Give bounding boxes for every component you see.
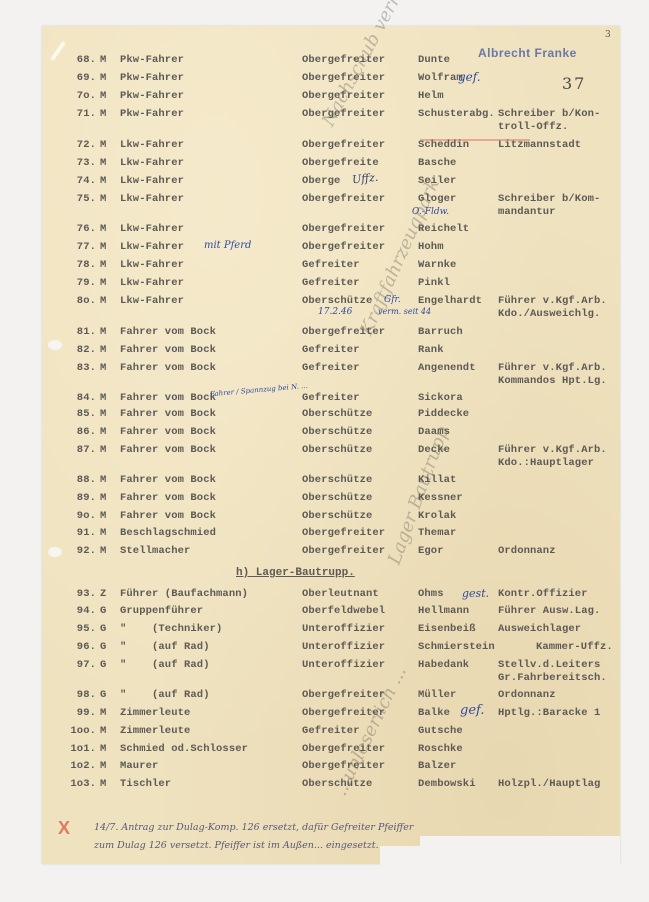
- row-role: Maurer: [120, 760, 158, 772]
- row-category: G: [100, 689, 106, 701]
- row-note: Kammer-Uffz.: [536, 641, 613, 654]
- row-category: M: [100, 444, 106, 456]
- row-rank: Oberschütze: [302, 408, 372, 420]
- row-rank: Oberschütze: [302, 492, 372, 504]
- row-role: Führer (Baufachmann): [120, 588, 248, 600]
- table-row: 87. M Fahrer vom Bock Oberschütze Decke …: [0, 444, 649, 474]
- row-rank: Obergefreiter: [302, 326, 385, 338]
- annotation-engelhardt-missing: verm. seit 44: [378, 307, 431, 316]
- annotation-engelhardt-rank: Gfr.: [384, 295, 401, 305]
- row-rank: Obergefreite: [302, 157, 379, 169]
- row-number: 68.: [60, 54, 96, 66]
- row-rank: Oberfeldwebel: [302, 605, 385, 617]
- row-name: Rank: [418, 344, 444, 356]
- row-number: 73.: [60, 157, 96, 169]
- table-row: 88. M Fahrer vom Bock Oberschütze Killat: [0, 474, 649, 490]
- row-rank: Obergefreiter: [302, 223, 385, 235]
- row-note: Schreiber b/Kom- mandantur: [498, 193, 600, 219]
- row-role: " (auf Rad): [120, 689, 210, 701]
- row-category: M: [100, 72, 106, 84]
- row-role: Lkw-Fahrer: [120, 295, 184, 307]
- row-name: Dembowski: [418, 778, 476, 790]
- row-name: Angenendt: [418, 362, 476, 374]
- table-row: 99. M Zimmerleute Obergefreiter Balke Hp…: [0, 707, 649, 723]
- row-name: Decke: [418, 444, 450, 456]
- row-number: 82.: [60, 344, 96, 356]
- row-category: M: [100, 707, 106, 719]
- row-name: Dunte: [418, 54, 450, 66]
- row-note: Führer v.Kgf.Arb. Kdo.:Hauptlager: [498, 444, 607, 470]
- table-row: 93. Z Führer (Baufachmann) Oberleutnant …: [0, 588, 649, 604]
- page-mark: 3: [605, 30, 611, 40]
- row-number: 85.: [60, 408, 96, 420]
- footnote-line-2: zum Dulag 126 versetzt. Pfeiffer ist im …: [94, 840, 614, 851]
- row-note: Kontr.Offizier: [498, 588, 588, 601]
- table-row: 98. G " (auf Rad) Obergefreiter Müller O…: [0, 689, 649, 705]
- table-row: 73. M Lkw-Fahrer Obergefreite Basche: [0, 157, 649, 173]
- row-rank: Gefreiter: [302, 362, 360, 374]
- row-name: Gloger: [418, 193, 456, 205]
- row-rank: Oberschütze: [302, 426, 372, 438]
- table-row: 95. G " (Techniker) Unteroffizier Eisenb…: [0, 623, 649, 639]
- row-role: Lkw-Fahrer: [120, 193, 184, 205]
- row-category: M: [100, 175, 106, 187]
- row-category: M: [100, 492, 106, 504]
- row-role: " (auf Rad): [120, 659, 210, 671]
- row-number: 72.: [60, 139, 96, 151]
- row-name: Piddecke: [418, 408, 469, 420]
- row-rank: Gefreiter: [302, 392, 360, 404]
- row-category: M: [100, 157, 106, 169]
- row-role: Lkw-Fahrer: [120, 157, 184, 169]
- table-row: 76. M Lkw-Fahrer Obergefreiter Reichelt: [0, 223, 649, 239]
- table-row: 84. M Fahrer vom Bock Gefreiter Sickora: [0, 392, 649, 408]
- row-category: M: [100, 743, 106, 755]
- annotation-gloger: O.-Fldw.: [412, 207, 449, 217]
- annotation-hohm: mit Pferd: [204, 240, 251, 251]
- row-role: Lkw-Fahrer: [120, 223, 184, 235]
- row-name: Ohms: [418, 588, 444, 600]
- annotation-seiler: Uffz.: [351, 171, 379, 187]
- row-name: Egor: [418, 545, 444, 557]
- row-role: Schmied od.Schlosser: [120, 743, 248, 755]
- row-number: 86.: [60, 426, 96, 438]
- row-name: Helm: [418, 90, 444, 102]
- row-category: M: [100, 392, 106, 404]
- row-category: G: [100, 623, 106, 635]
- row-note: Litzmannstadt: [498, 139, 581, 152]
- row-category: M: [100, 295, 106, 307]
- table-row: 68. M Pkw-Fahrer Obergefreiter Dunte: [0, 54, 649, 70]
- row-rank: Obergefreiter: [302, 689, 385, 701]
- table-row: 94. G Gruppenführer Oberfeldwebel Hellma…: [0, 605, 649, 621]
- row-rank: Obergefreiter: [302, 241, 385, 253]
- row-number: 8o.: [60, 295, 96, 307]
- row-role: Fahrer vom Bock: [120, 362, 216, 374]
- row-rank: Oberge: [302, 175, 340, 187]
- table-row: 92. M Stellmacher Obergefreiter Egor Ord…: [0, 545, 649, 561]
- row-number: 9o.: [60, 510, 96, 522]
- row-note: Ordonnanz: [498, 689, 556, 702]
- row-name: Killat: [418, 474, 456, 486]
- table-row: 1oo. M Zimmerleute Gefreiter Gutsche: [0, 725, 649, 741]
- row-number: 1o2.: [60, 760, 96, 772]
- row-number: 87.: [60, 444, 96, 456]
- table-row: 1o2. M Maurer Obergefreiter Balzer: [0, 760, 649, 776]
- row-note: Ausweichlager: [498, 623, 581, 636]
- row-name: Balke: [418, 707, 450, 719]
- row-role: Stellmacher: [120, 545, 190, 557]
- row-note: Führer v.Kgf.Arb. Kdo./Ausweichlg.: [498, 295, 607, 321]
- row-category: Z: [100, 588, 106, 600]
- row-role: Zimmerleute: [120, 725, 190, 737]
- row-number: 93.: [60, 588, 96, 600]
- row-category: M: [100, 277, 106, 289]
- row-category: M: [100, 408, 106, 420]
- row-category: M: [100, 725, 106, 737]
- row-role: " (Techniker): [120, 623, 222, 635]
- row-number: 78.: [60, 259, 96, 271]
- row-note: Führer v.Kgf.Arb. Kommandos Hpt.Lg.: [498, 362, 607, 388]
- table-row: 79. M Lkw-Fahrer Gefreiter Pinkl: [0, 277, 649, 293]
- row-role: Zimmerleute: [120, 707, 190, 719]
- table-row: 71. M Pkw-Fahrer Obergefreiter Schustera…: [0, 108, 649, 138]
- row-role: Lkw-Fahrer: [120, 277, 184, 289]
- row-category: M: [100, 527, 106, 539]
- row-role: Lkw-Fahrer: [120, 175, 184, 187]
- annotation-engelhardt-date: 17.2.46: [318, 307, 352, 317]
- row-category: M: [100, 241, 106, 253]
- row-name: Warnke: [418, 259, 456, 271]
- row-note: Holzpl./Hauptlag: [498, 778, 600, 791]
- table-row: 78. M Lkw-Fahrer Gefreiter Warnke: [0, 259, 649, 275]
- row-rank: Oberleutnant: [302, 588, 379, 600]
- table-row: 91. M Beschlagschmied Obergefreiter Them…: [0, 527, 649, 543]
- row-role: Beschlagschmied: [120, 527, 216, 539]
- row-name: Eisenbeiß: [418, 623, 476, 635]
- row-rank: Oberschütze: [302, 510, 372, 522]
- table-row: 9o. M Fahrer vom Bock Oberschütze Krolak: [0, 510, 649, 526]
- table-row: 69. M Pkw-Fahrer Obergefreiter Wolfram: [0, 72, 649, 88]
- row-role: Lkw-Fahrer: [120, 259, 184, 271]
- row-category: M: [100, 90, 106, 102]
- row-name: Wolfram: [418, 72, 463, 84]
- row-role: Pkw-Fahrer: [120, 54, 184, 66]
- row-name: Hellmann: [418, 605, 469, 617]
- row-rank: Obergefreiter: [302, 545, 385, 557]
- row-number: 97.: [60, 659, 96, 671]
- row-number: 83.: [60, 362, 96, 374]
- row-number: 92.: [60, 545, 96, 557]
- row-name: Pinkl: [418, 277, 450, 289]
- row-role: Fahrer vom Bock: [120, 344, 216, 356]
- row-name: Sickora: [418, 392, 463, 404]
- row-number: 91.: [60, 527, 96, 539]
- row-rank: Gefreiter: [302, 344, 360, 356]
- row-rank: Obergefreiter: [302, 760, 385, 772]
- row-number: 1o1.: [60, 743, 96, 755]
- footnote-line-1: 14/7. Antrag zur Dulag-Komp. 126 ersetzt…: [94, 822, 614, 833]
- table-row: 7o. M Pkw-Fahrer Obergefreiter Helm: [0, 90, 649, 106]
- row-number: 95.: [60, 623, 96, 635]
- table-row: 74. M Lkw-Fahrer Oberge Seiler: [0, 175, 649, 191]
- row-number: 94.: [60, 605, 96, 617]
- row-number: 7o.: [60, 90, 96, 102]
- row-role: Lkw-Fahrer: [120, 139, 184, 151]
- table-row: 96. G " (auf Rad) Unteroffizier Schmiers…: [0, 641, 649, 657]
- row-rank: Oberschütze: [302, 444, 372, 456]
- row-name: Gutsche: [418, 725, 463, 737]
- row-name: Barruch: [418, 326, 463, 338]
- row-number: 89.: [60, 492, 96, 504]
- row-name: Schmierstein: [418, 641, 495, 653]
- row-category: M: [100, 344, 106, 356]
- row-name: Roschke: [418, 743, 463, 755]
- row-name: Schusterabg.: [418, 108, 495, 120]
- row-category: M: [100, 545, 106, 557]
- row-name: Habedank: [418, 659, 469, 671]
- row-category: M: [100, 193, 106, 205]
- row-number: 84.: [60, 392, 96, 404]
- row-name: Basche: [418, 157, 456, 169]
- row-role: Pkw-Fahrer: [120, 90, 184, 102]
- row-number: 99.: [60, 707, 96, 719]
- row-category: M: [100, 474, 106, 486]
- table-row: 1o3. M Tischler Oberschütze Dembowski Ho…: [0, 778, 649, 794]
- row-rank: Obergefreiter: [302, 54, 385, 66]
- row-name: Krolak: [418, 510, 456, 522]
- row-name: Daams: [418, 426, 450, 438]
- table-row: 85. M Fahrer vom Bock Oberschütze Piddec…: [0, 408, 649, 424]
- row-role: Lkw-Fahrer: [120, 241, 184, 253]
- row-role: Pkw-Fahrer: [120, 108, 184, 120]
- row-category: M: [100, 54, 106, 66]
- row-number: 96.: [60, 641, 96, 653]
- row-number: 69.: [60, 72, 96, 84]
- row-rank: Obergefreiter: [302, 108, 385, 120]
- annotation-balke: gef.: [460, 703, 485, 718]
- row-rank: Obergefreiter: [302, 743, 385, 755]
- row-number: 1o3.: [60, 778, 96, 790]
- row-number: 74.: [60, 175, 96, 187]
- row-note: Schreiber b/Kon- troll-Offz.: [498, 108, 600, 134]
- row-category: M: [100, 426, 106, 438]
- row-role: Fahrer vom Bock: [120, 492, 216, 504]
- row-category: G: [100, 605, 106, 617]
- row-category: M: [100, 510, 106, 522]
- row-rank: Obergefreiter: [302, 193, 385, 205]
- table-row: 89. M Fahrer vom Bock Oberschütze Kessne…: [0, 492, 649, 508]
- row-rank: Oberschütze: [302, 474, 372, 486]
- row-number: 77.: [60, 241, 96, 253]
- row-name: Scheddin: [418, 139, 469, 151]
- row-rank: Gefreiter: [302, 259, 360, 271]
- row-category: M: [100, 259, 106, 271]
- row-name: Themar: [418, 527, 456, 539]
- row-number: 75.: [60, 193, 96, 205]
- row-number: 71.: [60, 108, 96, 120]
- table-row: 82. M Fahrer vom Bock Gefreiter Rank: [0, 344, 649, 360]
- row-rank: Obergefreiter: [302, 139, 385, 151]
- row-rank: Unteroffizier: [302, 623, 385, 635]
- row-category: M: [100, 139, 106, 151]
- row-category: M: [100, 223, 106, 235]
- row-rank: Obergefreiter: [302, 90, 385, 102]
- row-rank: Obergefreiter: [302, 527, 385, 539]
- table-row: 81. M Fahrer vom Bock Obergefreiter Barr…: [0, 326, 649, 342]
- row-role: Fahrer vom Bock: [120, 510, 216, 522]
- table-row: 83. M Fahrer vom Bock Gefreiter Angenend…: [0, 362, 649, 392]
- row-name: Balzer: [418, 760, 456, 772]
- row-category: M: [100, 108, 106, 120]
- row-rank: Oberschütze: [302, 295, 372, 307]
- row-number: 79.: [60, 277, 96, 289]
- row-rank: Unteroffizier: [302, 659, 385, 671]
- annotation-ohms: gest.: [462, 587, 489, 600]
- row-name: Engelhardt: [418, 295, 482, 307]
- row-role: Gruppenführer: [120, 605, 203, 617]
- row-role: Fahrer vom Bock: [120, 474, 216, 486]
- row-category: M: [100, 760, 106, 772]
- row-category: M: [100, 362, 106, 374]
- annotation-wolfram: gef.: [458, 70, 481, 84]
- section-heading: h) Lager-Bautrupp.: [236, 567, 355, 579]
- table-row: 1o1. M Schmied od.Schlosser Obergefreite…: [0, 743, 649, 759]
- red-x-marker: X: [58, 818, 70, 839]
- row-note: Hptlg.:Baracke 1: [498, 707, 600, 720]
- row-category: G: [100, 659, 106, 671]
- table-row: 86. M Fahrer vom Bock Oberschütze Daams: [0, 426, 649, 442]
- table-row: 77. M Lkw-Fahrer Obergefreiter Hohm: [0, 241, 649, 257]
- row-name: Müller: [418, 689, 456, 701]
- row-rank: Gefreiter: [302, 277, 360, 289]
- row-rank: Unteroffizier: [302, 641, 385, 653]
- row-name: Hohm: [418, 241, 444, 253]
- row-role: Tischler: [120, 778, 171, 790]
- row-name: Kessner: [418, 492, 463, 504]
- row-role: Fahrer vom Bock: [120, 392, 216, 404]
- row-number: 76.: [60, 223, 96, 235]
- table-row: 97. G " (auf Rad) Unteroffizier Habedank…: [0, 659, 649, 689]
- row-name: Seiler: [418, 175, 456, 187]
- row-rank: Obergefreiter: [302, 72, 385, 84]
- row-role: Pkw-Fahrer: [120, 72, 184, 84]
- row-number: 81.: [60, 326, 96, 338]
- row-rank: Oberschütze: [302, 778, 372, 790]
- row-role: " (auf Rad): [120, 641, 210, 653]
- row-number: 98.: [60, 689, 96, 701]
- row-role: Fahrer vom Bock: [120, 444, 216, 456]
- table-row: 72. M Lkw-Fahrer Obergefreiter Scheddin …: [0, 139, 649, 155]
- row-rank: Gefreiter: [302, 725, 360, 737]
- row-role: Fahrer vom Bock: [120, 408, 216, 420]
- table-row: 75. M Lkw-Fahrer Obergefreiter Gloger Sc…: [0, 193, 649, 223]
- row-category: M: [100, 326, 106, 338]
- row-note: Führer Ausw.Lag.: [498, 605, 600, 618]
- row-note: Ordonnanz: [498, 545, 556, 558]
- row-role: Fahrer vom Bock: [120, 426, 216, 438]
- row-rank: Obergefreiter: [302, 707, 385, 719]
- row-name: Reichelt: [418, 223, 469, 235]
- row-category: G: [100, 641, 106, 653]
- row-number: 1oo.: [60, 725, 96, 737]
- row-role: Fahrer vom Bock: [120, 326, 216, 338]
- row-note: Stellv.d.Leiters Gr.Fahrbereitsch.: [498, 659, 607, 685]
- row-number: 88.: [60, 474, 96, 486]
- row-category: M: [100, 778, 106, 790]
